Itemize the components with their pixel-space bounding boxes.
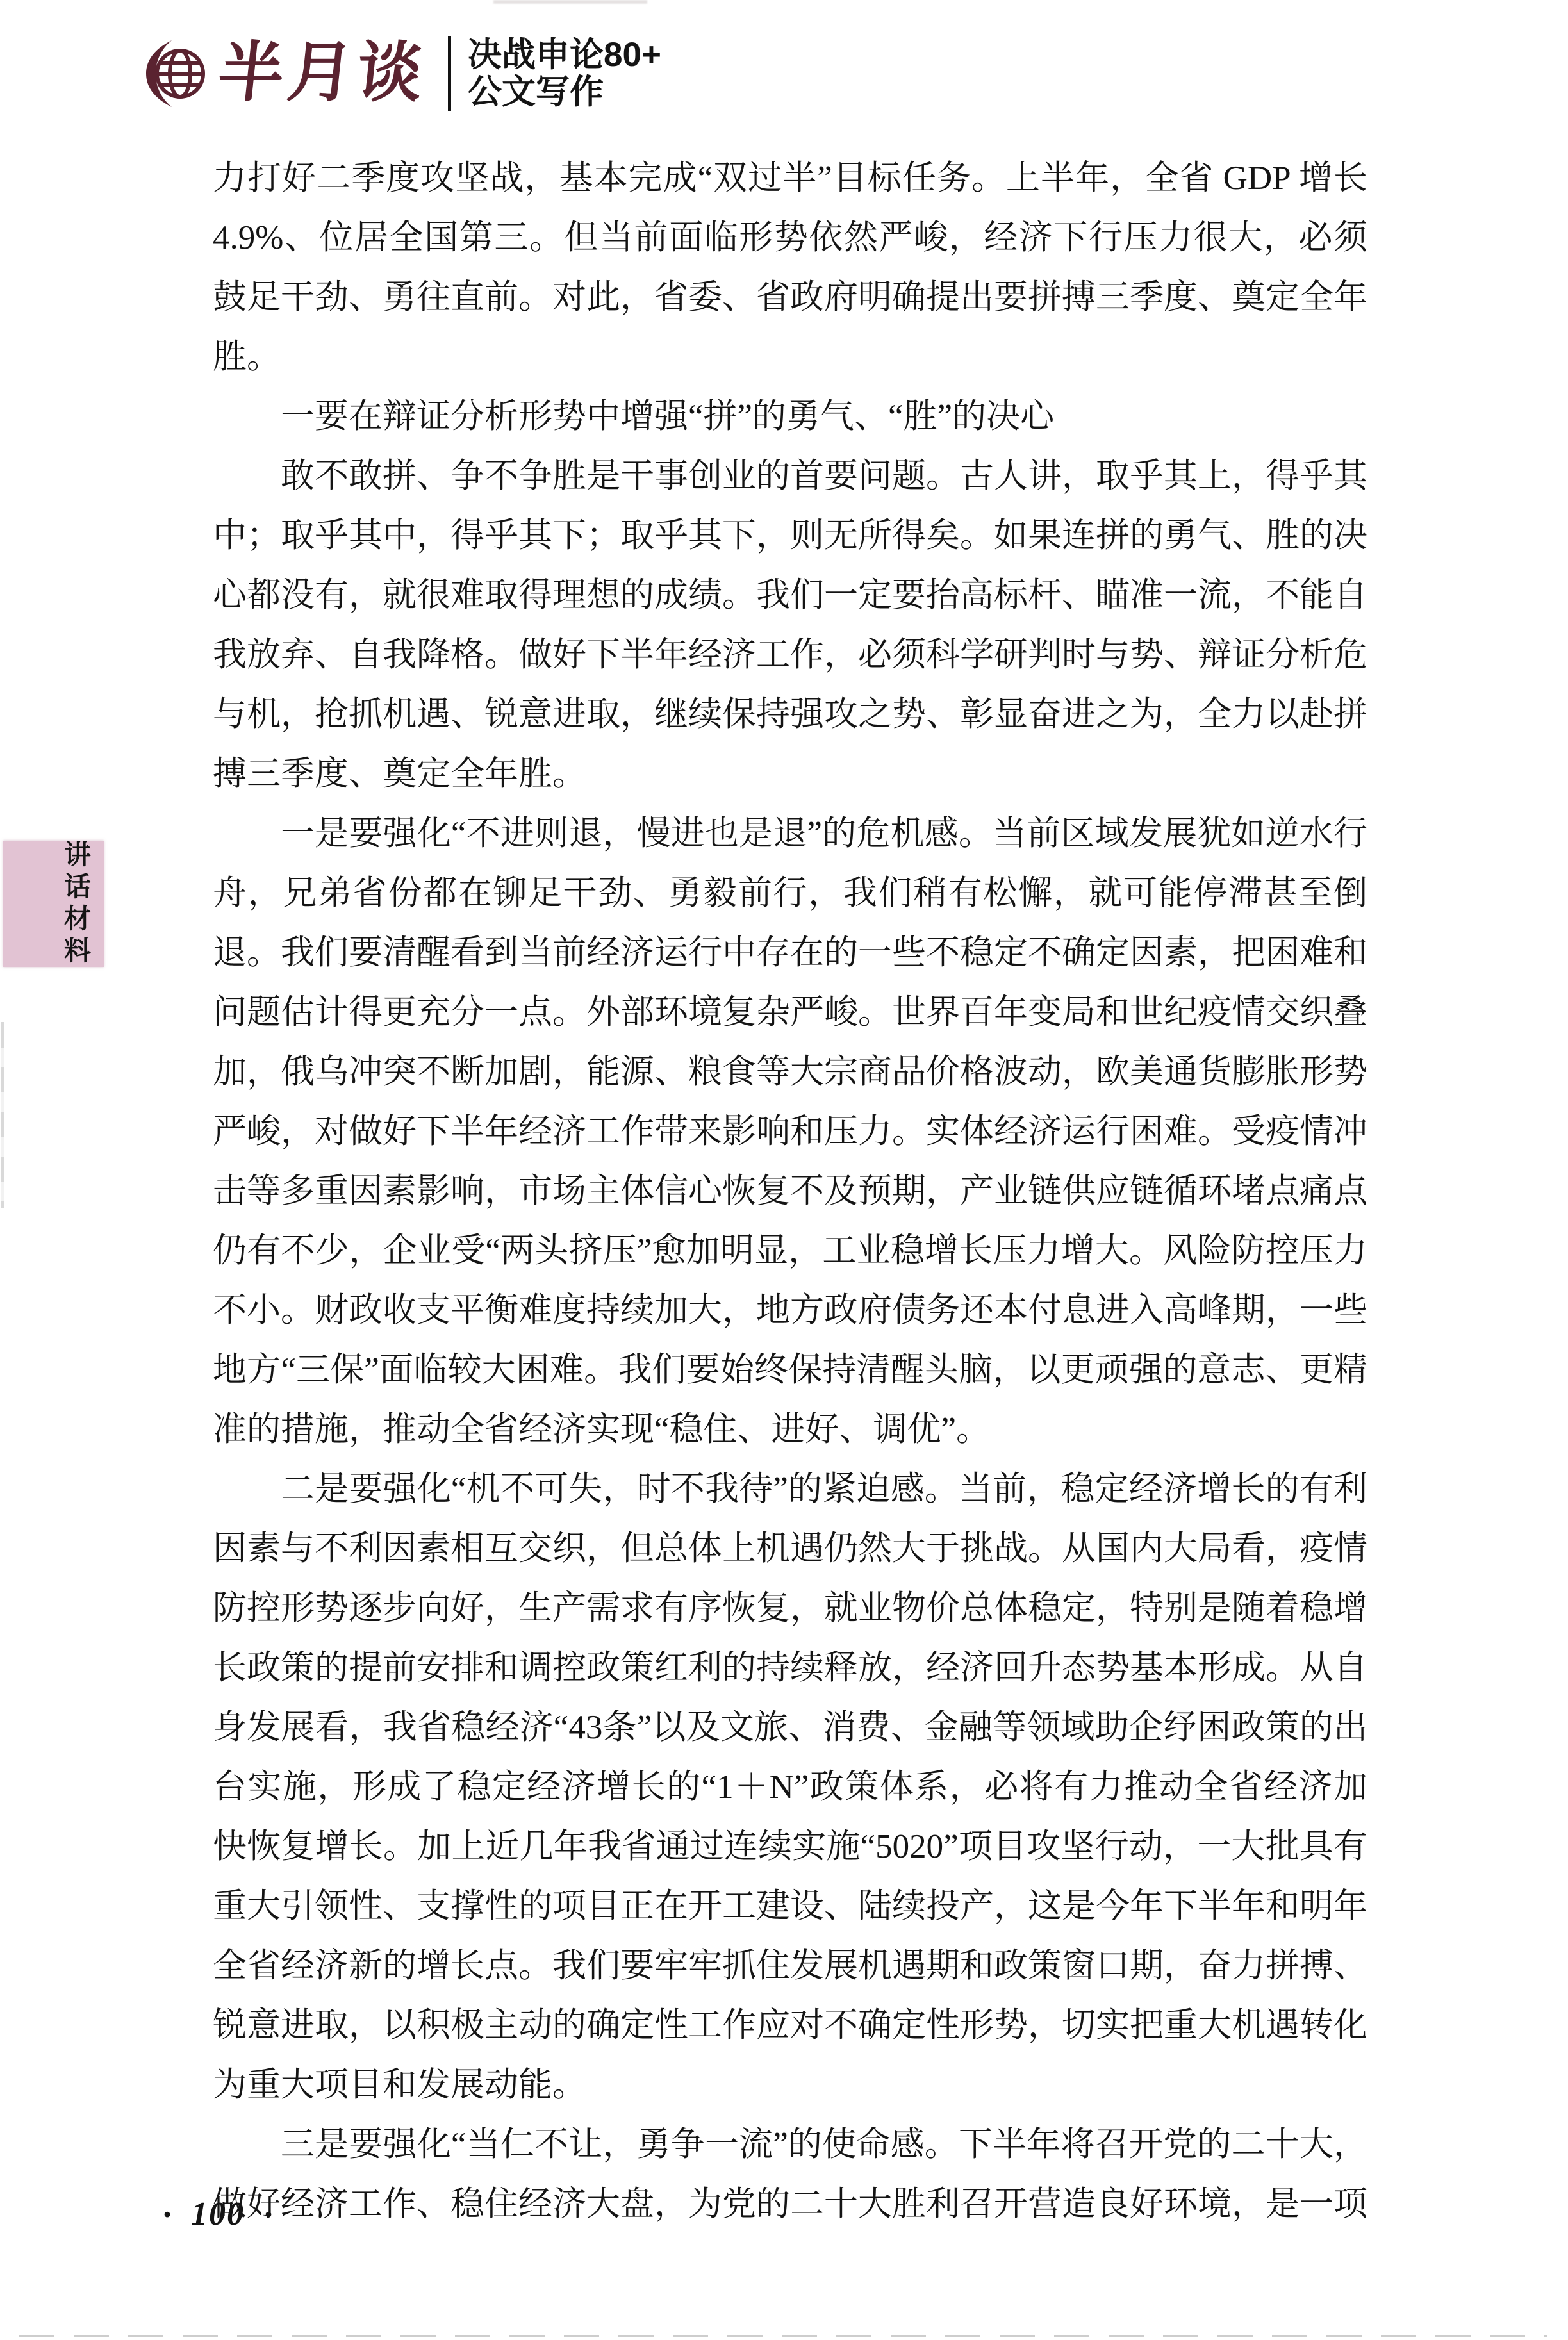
series-title: 决战申论80+ 公文写作	[468, 37, 661, 111]
scan-artifact-left-edge	[1, 1022, 4, 1208]
header-divider	[448, 36, 451, 111]
series-title-line1: 决战申论80+	[468, 37, 661, 74]
series-title-line2: 公文写作	[468, 74, 661, 111]
globe-icon	[146, 39, 207, 108]
sidebar-tab-speech-materials: 讲话材料	[3, 841, 104, 967]
page-number: 100	[191, 2196, 245, 2232]
page-header: 半月谈 决战申论80+ 公文写作	[146, 33, 661, 113]
paragraph: 敢不敢拼、争不争胜是干事创业的首要问题。古人讲，取乎其上，得乎其中；取乎其中，得…	[213, 447, 1367, 804]
paragraph: 一是要强化“不进则退，慢进也是退”的危机感。当前区域发展犹如逆水行舟，兄弟省份都…	[213, 804, 1367, 1460]
paragraph: 三是要强化“当仁不让，勇争一流”的使命感。下半年将召开党的二十大，做好经济工作、…	[213, 2115, 1367, 2234]
footer-dot-right: ·	[263, 2197, 274, 2232]
brand-logo: 半月谈	[146, 39, 426, 108]
sidebar-tab-label: 讲话材料	[56, 840, 95, 968]
paragraph-continuation: 力打好二季度攻坚战，基本完成“双过半”目标任务。上半年，全省 GDP 增长4.9…	[213, 149, 1367, 387]
document-page: 半月谈 决战申论80+ 公文写作 讲话材料 力打好二季度攻坚战，基本完成“双过半…	[0, 0, 1568, 2340]
scan-artifact-bottom-edge	[19, 2335, 1547, 2337]
document-body: 力打好二季度攻坚战，基本完成“双过半”目标任务。上半年，全省 GDP 增长4.9…	[213, 149, 1367, 2234]
brand-logo-text: 半月谈	[215, 41, 430, 106]
paragraph: 二是要强化“机不可失，时不我待”的紧迫感。当前，稳定经济增长的有利因素与不利因素…	[213, 1460, 1367, 2115]
footer-dot-left: ·	[161, 2197, 173, 2232]
page-footer: · 100 ·	[161, 2196, 274, 2232]
scan-artifact-top	[493, 0, 647, 4]
section-heading: 一要在辩证分析形势中增强“拼”的勇气、“胜”的决心	[213, 387, 1367, 447]
